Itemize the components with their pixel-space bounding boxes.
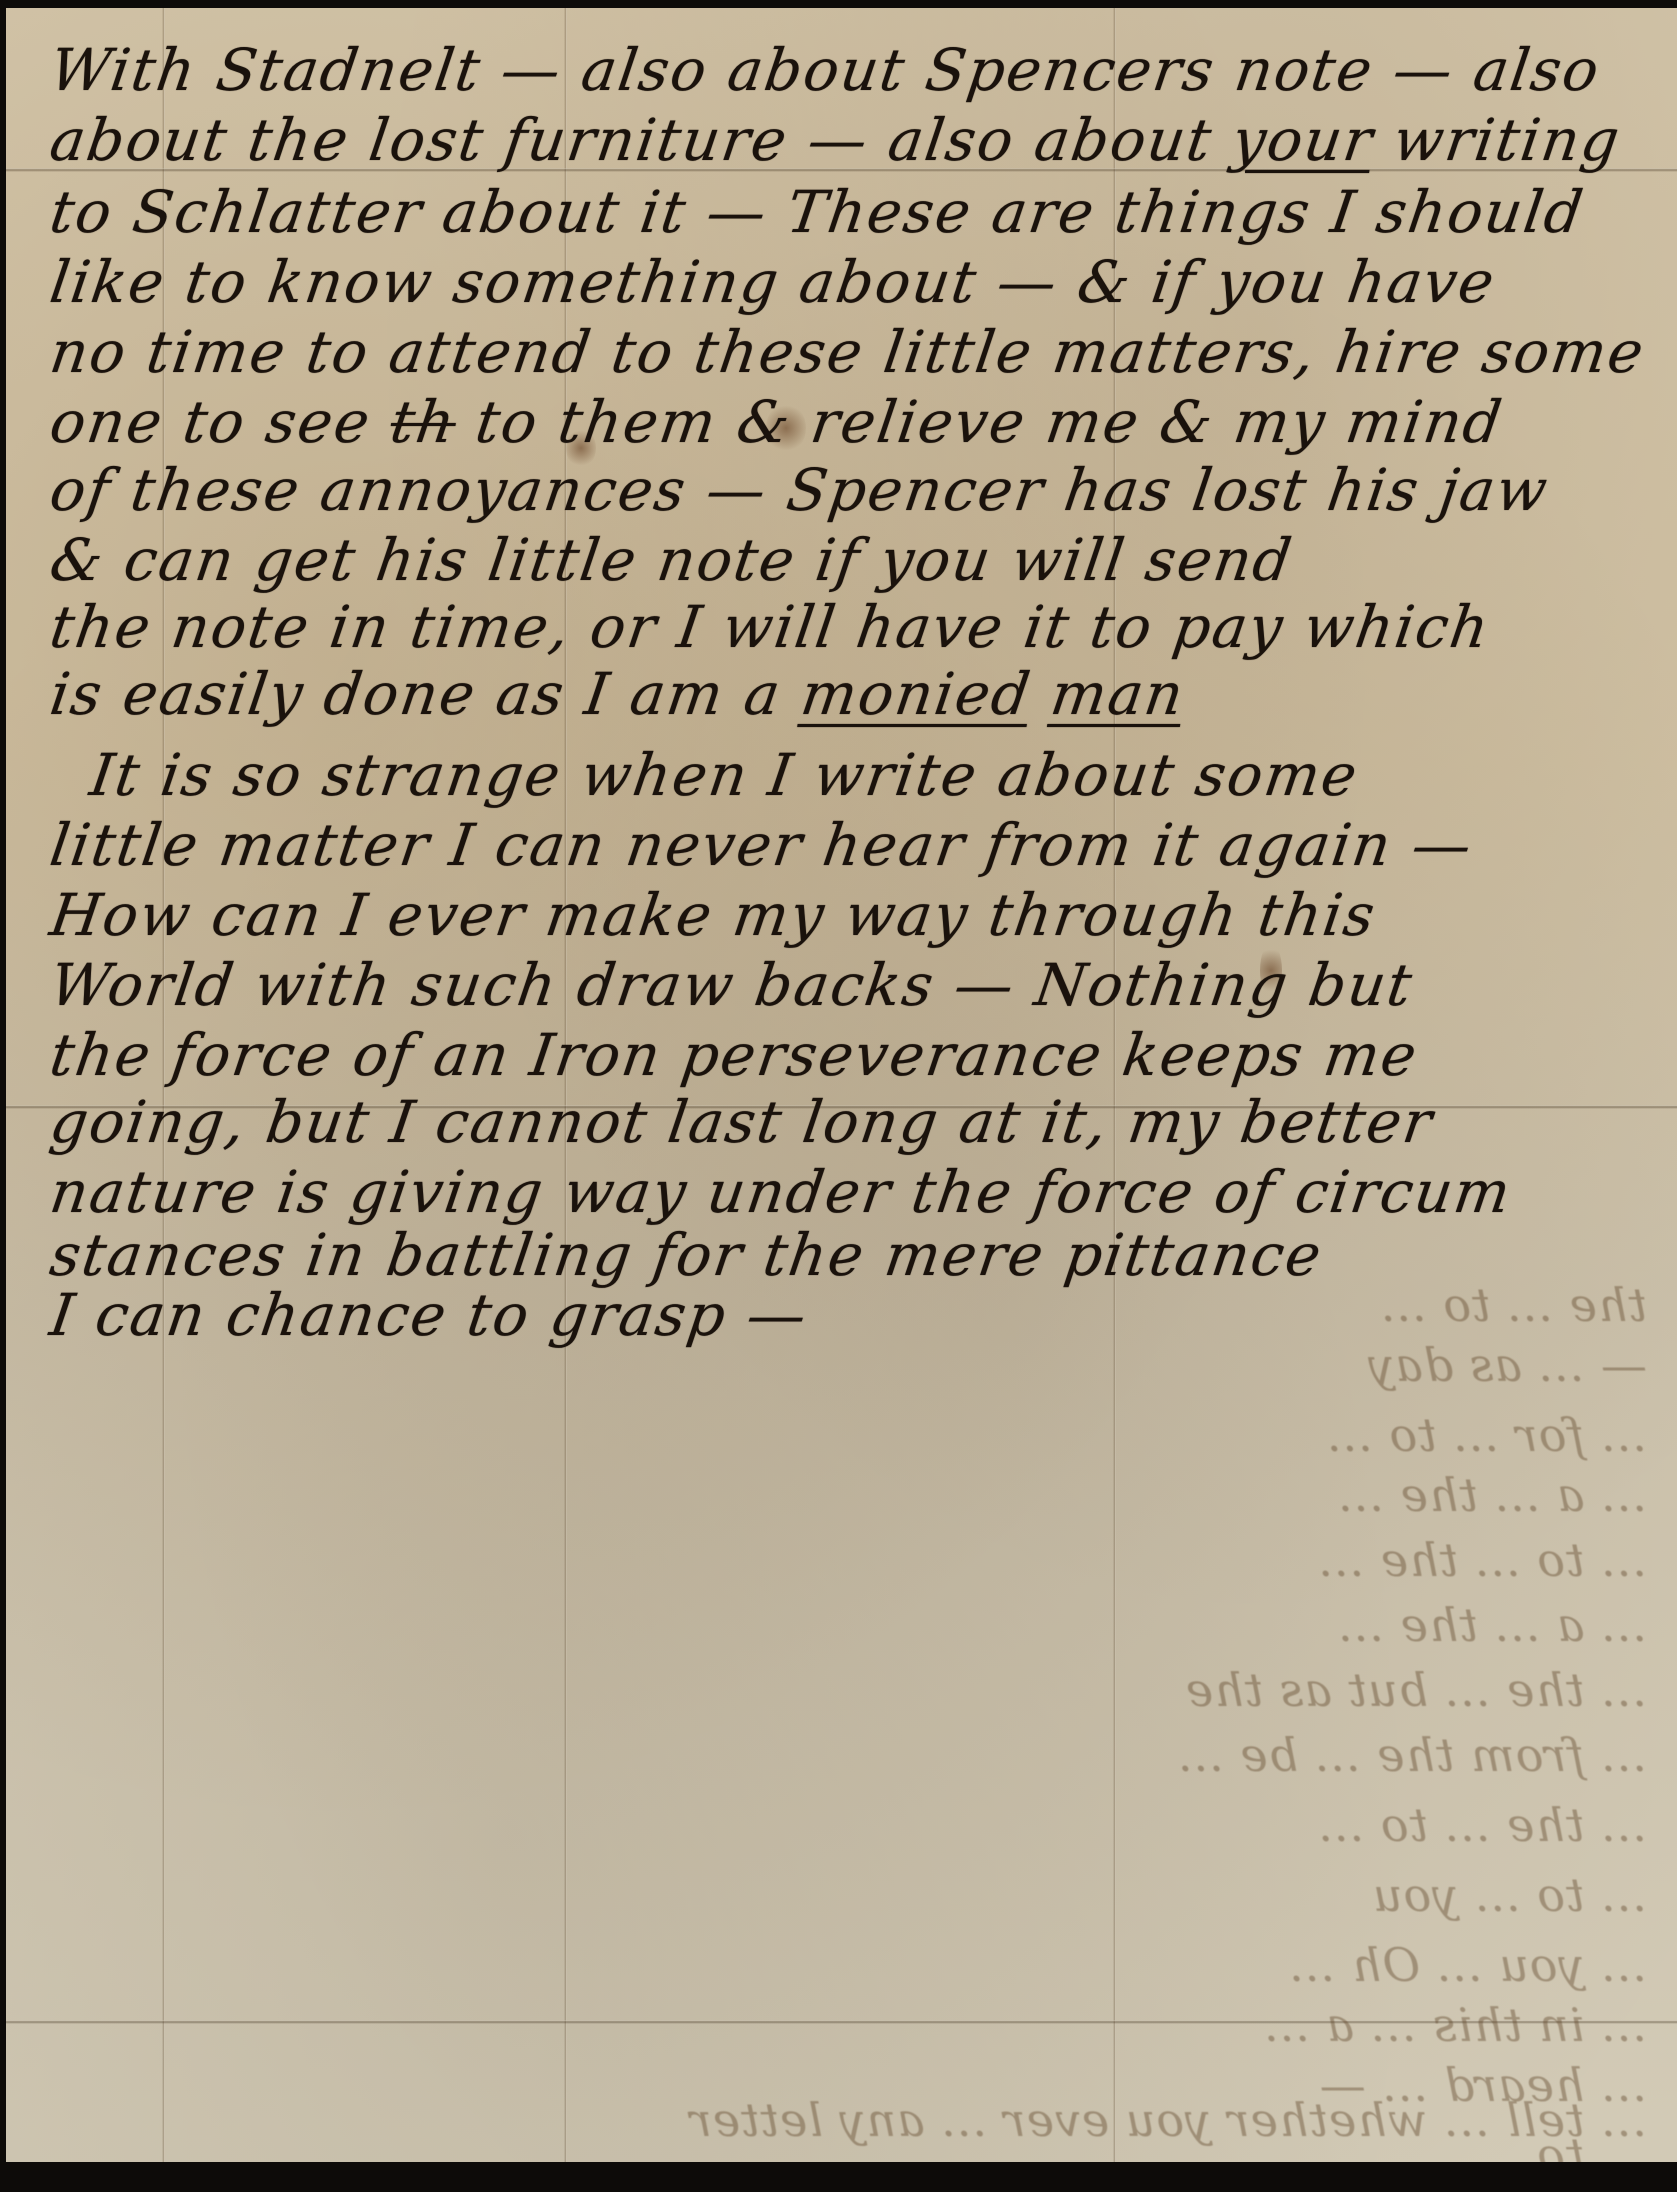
letter-line: I can chance to grasp — [46,1281,812,1349]
letter-line: to Schlatter about it — These are things… [46,178,1589,246]
bleed-through-line: ... to ... [36,2128,1647,2163]
underlined-word: man [1047,660,1189,728]
bleed-through-line: ... a ... the ... [36,1468,1647,1522]
letter-line: little matter I can never hear from it a… [46,811,1477,879]
bleed-through-line: ... to ... the ... [36,1533,1647,1587]
letter-line: World with such draw backs — Nothing but [46,951,1418,1019]
bleed-through-line: ... from the ... be ... [36,1728,1647,1782]
bleed-through-line: ... for ... to ... [36,1408,1647,1462]
letter-line: going, but I cannot last long at it, my … [46,1088,1438,1156]
letter-line: the force of an Iron perseverance keeps … [46,1021,1423,1089]
letter-line: of these annoyances — Spencer has lost h… [46,456,1553,524]
letter-line: & can get his little note if you will se… [46,526,1297,594]
letter-line: is easily done as I am a monied man [46,660,1189,728]
letter-line: stances in battling for the mere pittanc… [46,1221,1327,1289]
bleed-through-line: ... the ... to ... [36,1798,1647,1852]
bleed-through-line: ... in this ... a ... [36,1998,1647,2052]
underlined-word: your [1228,106,1378,174]
letter-line: like to know something about — & if you … [46,248,1500,316]
scan-border [0,2162,1677,2192]
letter-line: nature is giving way under the force of … [46,1158,1516,1226]
letter-scan: the ... to ... — ... as day ... for ... … [0,0,1677,2192]
bleed-through-line: ... you ... Oh ... [36,1938,1647,1992]
letter-line: no time to attend to these little matter… [46,318,1649,386]
letter-line: How can I ever make my way through this [46,881,1381,949]
letter-line: about the lost furniture — also about yo… [46,106,1625,174]
letter-line: With Stadnelt — also about Spencers note… [46,36,1605,104]
underlined-word: monied [797,660,1036,728]
letter-line: It is so strange when I write about some [86,741,1363,809]
bleed-through-line: ... to ... you [36,1868,1647,1922]
letter-line: the note in time, or I will have it to p… [46,593,1495,661]
letter-line: one to see th to them & relieve me & my … [46,388,1507,456]
struck-text: th [387,388,461,456]
bleed-through-line: ... a ... the ... [36,1598,1647,1652]
paper-sheet: the ... to ... — ... as day ... for ... … [6,8,1677,2163]
bleed-through-line: ... the ... but as the [36,1663,1647,1717]
